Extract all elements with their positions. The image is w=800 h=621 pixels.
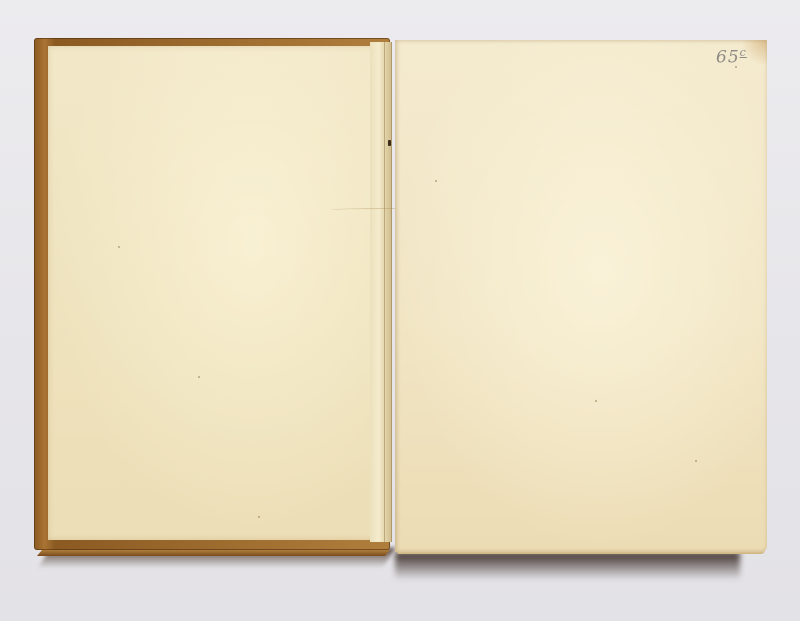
paper-speck: [258, 516, 260, 518]
paper-speck: [435, 180, 437, 182]
pencil-price-note: 65c: [716, 46, 747, 68]
price-cents-mark: c: [740, 46, 747, 59]
right-flyleaf-page: [395, 40, 767, 552]
hinge-fold-line: [384, 42, 385, 542]
book-hinge-gutter: [370, 42, 392, 542]
hinge-tear-mark: [388, 140, 391, 146]
left-pastedown-endpaper: [48, 46, 388, 540]
paper-speck: [198, 376, 200, 378]
paper-speck: [595, 400, 597, 402]
paper-speck: [118, 246, 120, 248]
paper-speck: [695, 460, 697, 462]
book-shadow-right: [395, 552, 740, 580]
cover-bottom-edge: [37, 550, 390, 556]
price-number: 65: [716, 48, 740, 68]
photo-scene: 65c: [0, 0, 800, 621]
